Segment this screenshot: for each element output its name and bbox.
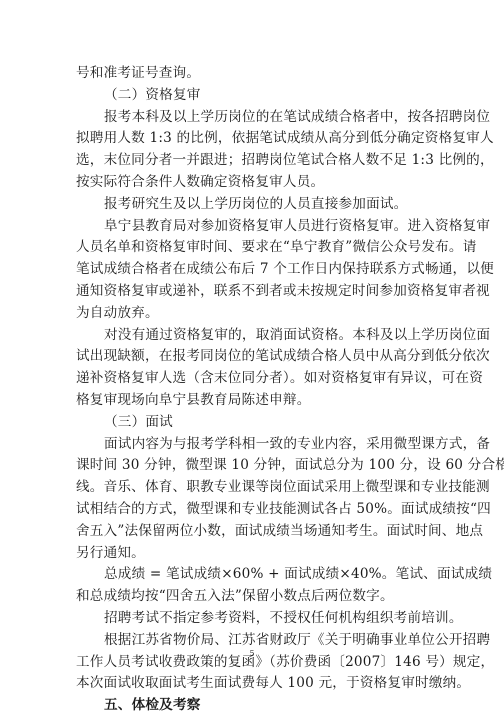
section-heading-physical-exam: 五、体检及考察 [76, 695, 428, 713]
document-page: 号和准考证号查询。 （二）资格复审 报考本科及以上学历岗位的在笔试成绩合格者中，… [76, 63, 428, 713]
body-text-line: 为自动放弃。 [76, 303, 428, 325]
body-text-line: 拟聘用人数 1:3 的比例，依据笔试成绩从高分到低分确定资格复审人 [76, 128, 428, 150]
body-text-line: 选，末位同分者一并跟进；招聘岗位笔试合格人数不足 1:3 比例的， [76, 150, 428, 172]
page-number: 5 [0, 649, 504, 658]
body-text-line: 人员名单和资格复审时间、要求在“阜宁教育”微信公众号发布。请 [76, 237, 428, 259]
body-text-line: 招聘考试不指定参考资料，不授权任何机构组织考前培训。 [76, 608, 428, 630]
body-text-line: 通知资格复审或递补，联系不到者或未按规定时间参加资格复审者视 [76, 281, 428, 303]
body-text-line: 对没有通过资格复审的，取消面试资格。本科及以上学历岗位面 [76, 325, 428, 347]
body-text-line: 总成绩 = 笔试成绩×60% + 面试成绩×40%。笔试、面试成绩 [76, 564, 428, 586]
section-subheading-qualification-review: （二）资格复审 [76, 85, 428, 107]
section-subheading-interview: （三）面试 [76, 412, 428, 434]
body-text-line: 和总成绩均按“四舍五入法”保留小数点后两位数字。 [76, 586, 428, 608]
body-text-line: 面试内容为与报考学科相一致的专业内容，采用微型课方式，备 [76, 434, 428, 456]
body-text-line: 另行通知。 [76, 543, 428, 565]
body-text-line: 笔试成绩合格者在成绩公布后 7 个工作日内保持联系方式畅通，以便 [76, 259, 428, 281]
body-text-line: 试出现缺额，在报考同岗位的笔试成绩合格人员中从高分到低分依次 [76, 346, 428, 368]
body-text-line: 报考本科及以上学历岗位的在笔试成绩合格者中，按各招聘岗位 [76, 107, 428, 129]
body-text-line: 线。音乐、体育、职教专业课等岗位面试采用上微型课和专业技能测 [76, 477, 428, 499]
body-text-line: 阜宁县教育局对参加资格复审人员进行资格复审。进入资格复审 [76, 216, 428, 238]
body-text-line: 格复审现场向阜宁县教育局陈述申辩。 [76, 390, 428, 412]
body-text-line: 递补资格复审人选（含末位同分者）。如对资格复审有异议，可在资 [76, 368, 428, 390]
body-text-line: 报考研究生及以上学历岗位的人员直接参加面试。 [76, 194, 428, 216]
body-text-line: 试相结合的方式，微型课和专业技能测试各占 50%。面试成绩按“四 [76, 499, 428, 521]
body-text-line: 舍五入”法保留两位小数，面试成绩当场通知考生。面试时间、地点 [76, 521, 428, 543]
body-text-line: 课时间 30 分钟，微型课 10 分钟，面试总分为 100 分，设 60 分合格 [76, 455, 428, 477]
body-text-line: 按实际符合条件人数确定资格复审人员。 [76, 172, 428, 194]
body-text-line: 本次面试收取面试考生面试费每人 100 元，于资格复审时缴纳。 [76, 673, 428, 695]
body-text-line: 号和准考证号查询。 [76, 63, 428, 85]
